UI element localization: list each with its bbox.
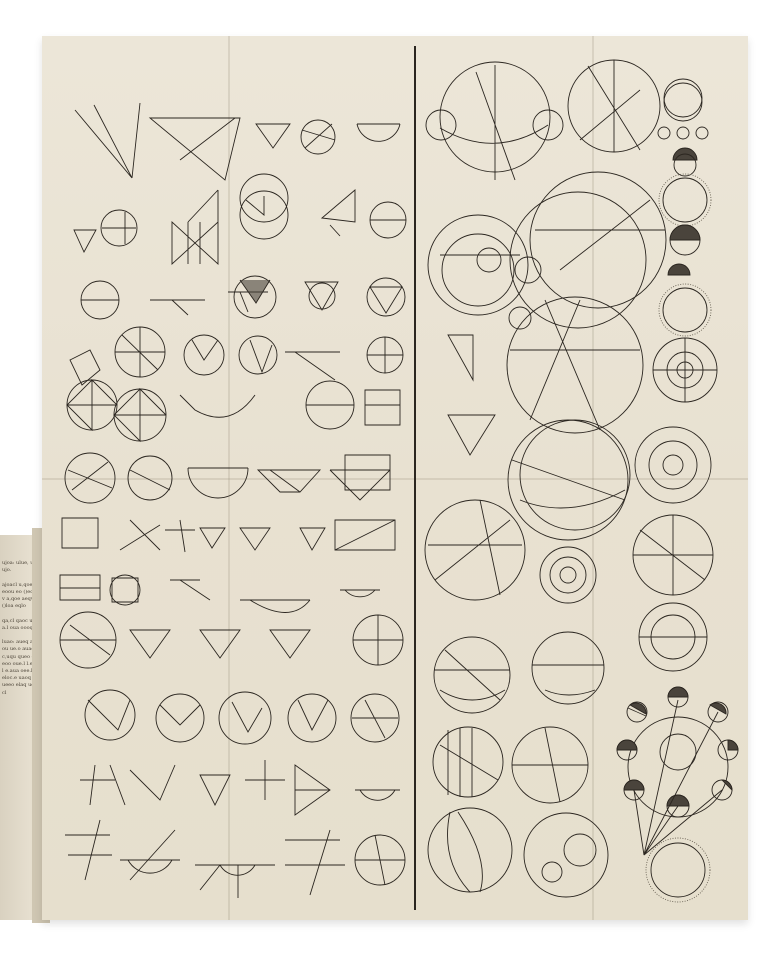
geometry-figures [60, 103, 406, 898]
diagrams [0, 0, 768, 962]
photograph: ujoa: ulue, ujujo.ajoacl u,qoe eoou eo (… [0, 0, 768, 962]
astronomy-figures [425, 60, 738, 902]
